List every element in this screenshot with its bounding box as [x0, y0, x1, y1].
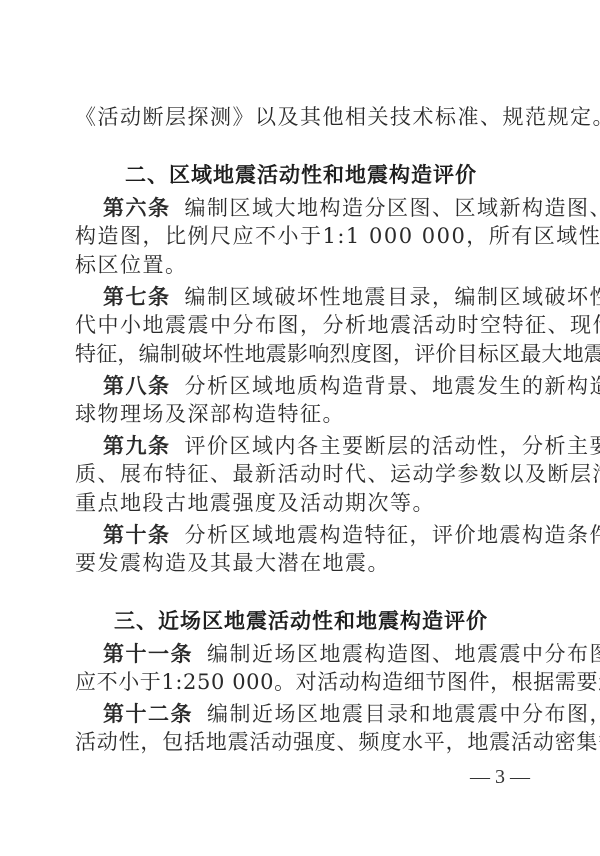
article-7-line-2: 代中小地震震中分布图，分析地震活动时空特征、现代构造应力场 [75, 311, 527, 340]
article-12-line-1: 第十二条编制近场区地震目录和地震震中分布图，分析地震 [75, 699, 555, 728]
article-9-line-1: 第九条评价区域内各主要断层的活动性，分析主要断层性 [75, 431, 555, 460]
article-text: 分析区域地质构造背景、地震发生的新构造背景和地 [185, 374, 600, 398]
article-text: 评价区域内各主要断层的活动性，分析主要断层性 [185, 434, 600, 458]
article-8-line-2: 球物理场及深部构造特征。 [75, 400, 527, 429]
article-label: 第十二条 [103, 701, 193, 726]
article-6-line-1: 第六条编制区域大地构造分区图、区域新构造图、区域地震 [75, 193, 555, 222]
article-text: 分析区域地震构造特征，评价地震构造条件，评估主 [185, 523, 600, 547]
body-line: 《活动断层探测》以及其他相关技术标准、规范规定。 [75, 103, 527, 132]
article-text: 编制近场区地震目录和地震震中分布图，分析地震 [207, 702, 600, 726]
article-text: 编制近场区地震构造图、地震震中分布图，比例尺 [207, 642, 600, 666]
article-10-line-2: 要发震构造及其最大潜在地震。 [75, 549, 527, 578]
article-12-line-2: 活动性，包括地震活动强度、频度水平，地震活动密集等空间分布 [75, 728, 527, 757]
article-8-line-1: 第八条分析区域地质构造背景、地震发生的新构造背景和地 [75, 371, 555, 400]
article-text: 编制区域大地构造分区图、区域新构造图、区域地震 [185, 196, 600, 220]
article-7-line-3: 特征，编制破坏性地震影响烈度图，评价目标区最大地震影响烈度。 [75, 340, 527, 369]
article-text: 编制区域破坏性地震目录，编制区域破坏性地震和现 [185, 285, 600, 309]
article-9-line-2: 质、展布特征、最新活动时代、运动学参数以及断层活动性分段、 [75, 460, 527, 489]
article-9-line-3: 重点地段古地震强度及活动期次等。 [75, 489, 527, 518]
article-7-line-1: 第七条编制区域破坏性地震目录，编制区域破坏性地震和现 [75, 282, 555, 311]
article-6-line-3: 标区位置。 [75, 251, 527, 280]
article-label: 第九条 [103, 433, 171, 458]
article-label: 第八条 [103, 373, 171, 398]
article-label: 第十一条 [103, 641, 193, 666]
article-10-line-1: 第十条分析区域地震构造特征，评价地震构造条件，评估主 [75, 520, 555, 549]
article-label: 第七条 [103, 284, 171, 309]
section-heading-3: 三、近场区地震活动性和地震构造评价 [75, 607, 527, 636]
section-heading-2: 二、区域地震活动性和地震构造评价 [75, 161, 527, 190]
article-6-line-2: 构造图，比例尺应不小于1:1 000 000，所有区域性图件应标明目 [75, 222, 527, 251]
article-11-line-2: 应不小于1:250 000。对活动构造细节图件，根据需要选定比例尺。 [75, 668, 527, 697]
article-label: 第十条 [103, 522, 171, 547]
article-11-line-1: 第十一条编制近场区地震构造图、地震震中分布图，比例尺 [75, 639, 555, 668]
page-number: — 3 — [470, 766, 530, 789]
article-label: 第六条 [103, 195, 171, 220]
